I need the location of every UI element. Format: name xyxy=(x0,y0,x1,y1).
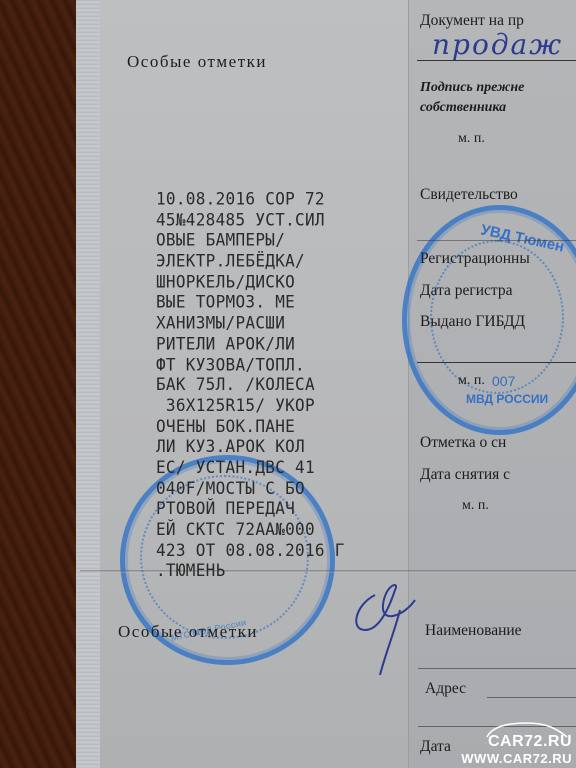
prev-owner-signature-label: Подпись прежне xyxy=(420,80,524,96)
typed-line: ШНОРКЕЛЬ/ДИСКО xyxy=(156,271,406,292)
seal-place-1: м. п. xyxy=(458,131,485,147)
typed-line: 45№428485 УСТ.СИЛ xyxy=(156,209,406,230)
handwritten-sale-value: продаж xyxy=(432,28,563,61)
issued-by-underline xyxy=(417,362,576,363)
name-underline xyxy=(418,668,576,669)
typed-line: 423 ОТ 08.08.2016 Г xyxy=(156,540,406,561)
prev-owner-signature-label-2: собственника xyxy=(420,100,506,116)
wooden-table-background xyxy=(0,0,80,768)
typed-line: ЛИ КУЗ.АРОК КОЛ xyxy=(156,437,406,458)
typed-line: ВЫЕ ТОРМОЗ. МЕ xyxy=(156,292,406,313)
registration-label: Регистрационны xyxy=(420,250,530,268)
typed-line: 10.08.2016 СОР 72 xyxy=(156,189,406,210)
removal-mark-label: Отметка о сн xyxy=(420,434,506,452)
removal-date-label: Дата снятия с xyxy=(420,466,510,484)
document-underline xyxy=(417,60,576,61)
typed-line: ЕС/ УСТАН.ДВС 41 xyxy=(156,457,406,478)
typed-line: РИТЕЛИ АРОК/ЛИ xyxy=(156,333,406,354)
handwritten-signature xyxy=(345,575,425,675)
typed-special-marks-entry: 10.08.2016 СОР 7245№428485 УСТ.СИЛОВЫЕ Б… xyxy=(156,189,406,582)
typed-line: БАК 75Л. /КОЛЕСА xyxy=(156,375,406,396)
certificate-underline xyxy=(417,240,576,241)
typed-line: ОЧЕНЫ БОК.ПАНЕ xyxy=(156,416,406,437)
typed-line: ХАНИЗМЫ/РАСШИ xyxy=(156,313,406,334)
typed-line: ОВЫЕ БАМПЕРЫ/ xyxy=(156,230,406,251)
typed-line: ЕЙ СКТС 72АА№000 xyxy=(156,519,406,540)
registration-date-label: Дата регистра xyxy=(420,282,513,300)
stamp-right-bottom-text: МВД РОССИИ xyxy=(466,392,548,406)
seal-place-2: м. п. xyxy=(458,373,485,389)
typed-line: ЭЛЕКТР.ЛЕБЁДКА/ xyxy=(156,251,406,272)
date-label: Дата xyxy=(420,738,451,756)
seal-place-3: м. п. xyxy=(462,498,489,514)
address-underline xyxy=(487,697,576,698)
certificate-label: Свидетельство xyxy=(420,186,518,204)
document-edge-strip xyxy=(76,0,101,768)
typed-line: РТОВОЙ ПЕРЕДАЧ xyxy=(156,499,406,520)
watermark: CAR72.RU WWW.CAR72.RU xyxy=(461,719,572,766)
typed-line: 36X125R15/ УКОР xyxy=(156,395,406,416)
watermark-brand: CAR72.RU xyxy=(461,733,572,751)
watermark-url: WWW.CAR72.RU xyxy=(461,751,572,766)
typed-line: ФТ КУЗОВА/ТОПЛ. xyxy=(156,354,406,375)
typed-line: 040F/МОСТЫ С БО xyxy=(156,478,406,499)
special-marks-heading-bottom: Особые отметки xyxy=(118,622,258,642)
stamp-right-number: 007 xyxy=(492,373,515,389)
name-label: Наименование xyxy=(425,622,522,640)
special-marks-heading-top: Особые отметки xyxy=(127,52,267,72)
address-label: Адрес xyxy=(425,680,466,698)
issued-by-label: Выдано ГИБДД xyxy=(420,313,525,331)
